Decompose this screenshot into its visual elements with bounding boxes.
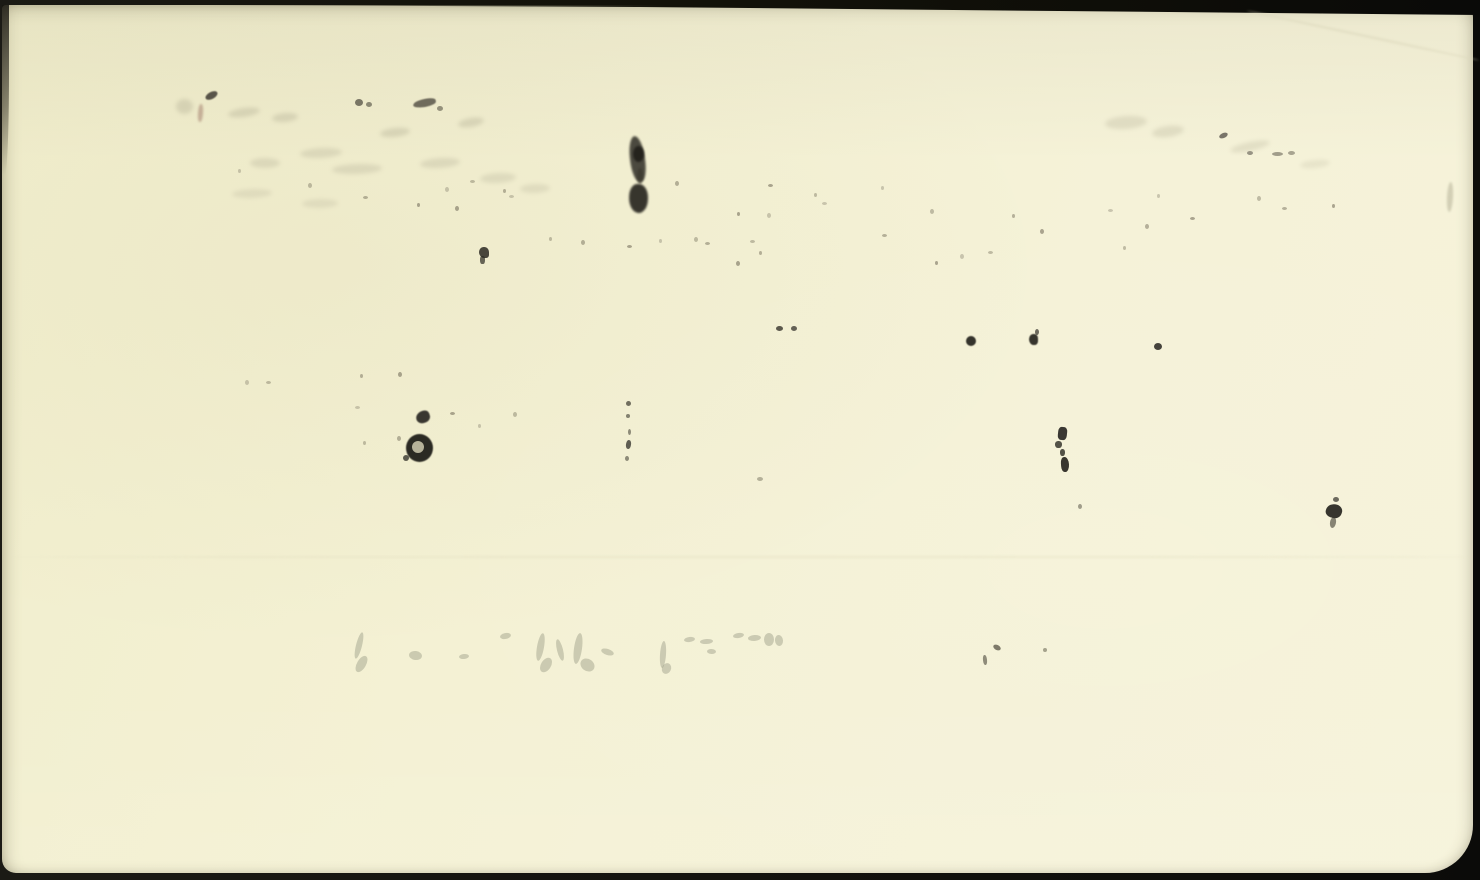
ink-speck bbox=[245, 380, 249, 385]
ghost-stroke bbox=[232, 188, 272, 198]
ink-mark bbox=[412, 441, 424, 453]
ink-speck bbox=[360, 374, 363, 378]
ink-speck bbox=[1145, 224, 1149, 229]
ink-mark bbox=[628, 429, 631, 435]
ink-speck bbox=[513, 412, 517, 417]
ink-marks-layer bbox=[0, 0, 1480, 880]
ink-speck bbox=[238, 169, 241, 173]
ink-mark bbox=[625, 456, 629, 461]
ghost-stroke bbox=[520, 183, 550, 193]
ink-speck bbox=[935, 261, 938, 265]
ink-mark bbox=[757, 477, 763, 481]
ink-speck bbox=[445, 187, 449, 192]
ghost-stroke bbox=[707, 649, 716, 654]
ink-speck bbox=[363, 196, 368, 199]
ink-speck bbox=[694, 237, 698, 242]
ink-mark bbox=[982, 655, 987, 665]
ink-speck bbox=[509, 195, 514, 198]
ink-speck bbox=[549, 237, 552, 241]
ghost-stroke bbox=[380, 126, 411, 138]
ink-speck bbox=[750, 240, 755, 243]
ghost-stroke bbox=[700, 639, 713, 645]
ink-mark bbox=[479, 247, 489, 258]
ghost-stroke bbox=[302, 199, 338, 209]
ghost-stroke bbox=[420, 157, 461, 170]
ink-mark bbox=[1057, 427, 1067, 441]
ink-mark bbox=[437, 106, 443, 111]
ghost-stroke bbox=[733, 632, 745, 639]
ink-mark bbox=[406, 434, 433, 462]
ink-mark bbox=[791, 326, 797, 331]
ink-speck bbox=[767, 213, 771, 218]
ink-mark bbox=[412, 97, 436, 109]
ink-speck bbox=[478, 424, 481, 428]
ink-speck bbox=[397, 436, 401, 441]
ink-speck bbox=[627, 245, 632, 248]
ink-mark bbox=[1060, 457, 1069, 473]
ink-mark bbox=[1272, 152, 1283, 156]
ink-mark bbox=[1329, 517, 1337, 529]
ghost-stroke bbox=[659, 641, 667, 668]
ghost-stroke bbox=[1230, 138, 1271, 155]
ghost-stroke bbox=[228, 106, 261, 119]
ghost-stroke bbox=[535, 633, 547, 662]
ink-speck bbox=[822, 202, 827, 205]
ink-mark bbox=[197, 104, 203, 122]
ink-speck bbox=[1157, 194, 1160, 198]
ink-speck bbox=[675, 181, 679, 186]
ink-speck bbox=[363, 441, 366, 445]
ink-mark bbox=[1035, 329, 1039, 335]
ink-speck bbox=[1190, 217, 1195, 220]
ink-mark bbox=[1043, 648, 1047, 652]
ghost-stroke bbox=[1151, 124, 1184, 139]
ghost-stroke bbox=[572, 633, 584, 665]
ink-speck bbox=[308, 183, 312, 188]
ghost-stroke bbox=[250, 158, 280, 168]
ink-speck bbox=[988, 251, 993, 254]
ink-speck bbox=[1040, 229, 1044, 234]
ink-mark bbox=[628, 135, 648, 182]
ink-speck bbox=[737, 212, 740, 216]
ghost-stroke bbox=[408, 650, 422, 661]
ink-mark bbox=[403, 455, 409, 461]
ghost-stroke bbox=[1246, 9, 1479, 61]
ghost-stroke bbox=[353, 632, 365, 660]
ghost-stroke bbox=[748, 635, 761, 642]
ink-mark bbox=[1333, 497, 1339, 502]
ink-speck bbox=[1123, 246, 1126, 250]
ink-speck bbox=[398, 372, 402, 377]
ink-speck bbox=[759, 251, 762, 255]
ink-mark bbox=[966, 336, 976, 346]
ink-speck bbox=[1257, 196, 1261, 201]
ink-mark bbox=[1154, 343, 1162, 350]
ink-speck bbox=[470, 180, 475, 183]
ghost-stroke bbox=[499, 632, 511, 640]
ink-mark bbox=[366, 102, 372, 107]
ink-mark bbox=[1247, 151, 1253, 155]
ink-speck bbox=[659, 239, 662, 243]
ink-speck bbox=[1282, 207, 1287, 210]
ghost-stroke bbox=[554, 639, 565, 662]
ghost-stroke bbox=[480, 172, 516, 184]
ghost-stroke bbox=[8, 556, 1472, 558]
ink-mark bbox=[1324, 502, 1344, 520]
ink-mark bbox=[633, 146, 644, 162]
ghost-stroke bbox=[774, 635, 783, 647]
ink-mark bbox=[992, 643, 1001, 651]
ink-speck bbox=[881, 186, 884, 190]
ghost-stroke bbox=[578, 656, 597, 675]
ink-speck bbox=[882, 234, 887, 237]
ghost-stroke bbox=[332, 163, 382, 175]
ghost-stroke bbox=[272, 112, 299, 123]
ink-mark bbox=[1078, 504, 1082, 509]
ink-mark bbox=[480, 256, 485, 264]
ink-mark bbox=[776, 326, 783, 331]
ghost-stroke bbox=[684, 636, 696, 642]
ink-speck bbox=[503, 189, 506, 193]
ink-speck bbox=[930, 209, 934, 214]
ink-mark bbox=[1218, 131, 1228, 139]
ghost-stroke bbox=[459, 653, 469, 659]
ink-speck bbox=[417, 203, 420, 207]
ghost-stroke bbox=[1105, 115, 1148, 131]
ink-mark bbox=[628, 183, 649, 213]
ink-mark bbox=[1060, 449, 1065, 456]
ghost-stroke bbox=[353, 654, 370, 674]
ink-mark bbox=[1288, 151, 1295, 155]
ink-mark bbox=[204, 89, 219, 101]
ink-speck bbox=[1108, 209, 1113, 212]
ink-mark bbox=[355, 99, 363, 106]
ink-mark bbox=[1055, 441, 1062, 448]
ink-mark bbox=[625, 440, 631, 450]
ink-speck bbox=[355, 406, 360, 409]
ink-speck bbox=[960, 254, 964, 259]
ink-speck bbox=[1012, 214, 1015, 218]
ghost-stroke bbox=[300, 147, 342, 159]
ink-mark bbox=[626, 414, 630, 418]
ghost-stroke bbox=[600, 647, 614, 657]
ink-speck bbox=[581, 240, 585, 245]
ink-speck bbox=[705, 242, 710, 245]
ghost-stroke bbox=[538, 656, 555, 675]
ghost-stroke bbox=[660, 662, 673, 676]
ghost-stroke bbox=[764, 633, 774, 646]
ink-speck bbox=[736, 261, 740, 266]
ink-speck bbox=[455, 206, 459, 211]
ink-mark bbox=[637, 168, 643, 184]
ink-mark bbox=[626, 401, 631, 406]
ghost-stroke bbox=[1446, 182, 1454, 212]
ghost-stroke bbox=[1300, 158, 1331, 169]
ink-speck bbox=[450, 412, 455, 415]
ghost-stroke bbox=[457, 116, 484, 129]
ghost-stroke bbox=[176, 99, 193, 114]
scanned-postcard-back: { "scene": { "description": "Blank rever… bbox=[0, 0, 1480, 880]
ink-speck bbox=[768, 184, 773, 187]
ink-speck bbox=[814, 193, 817, 197]
ink-speck bbox=[266, 381, 271, 384]
ink-speck bbox=[1332, 204, 1335, 208]
ink-mark bbox=[1029, 334, 1038, 345]
ink-mark bbox=[414, 409, 431, 425]
